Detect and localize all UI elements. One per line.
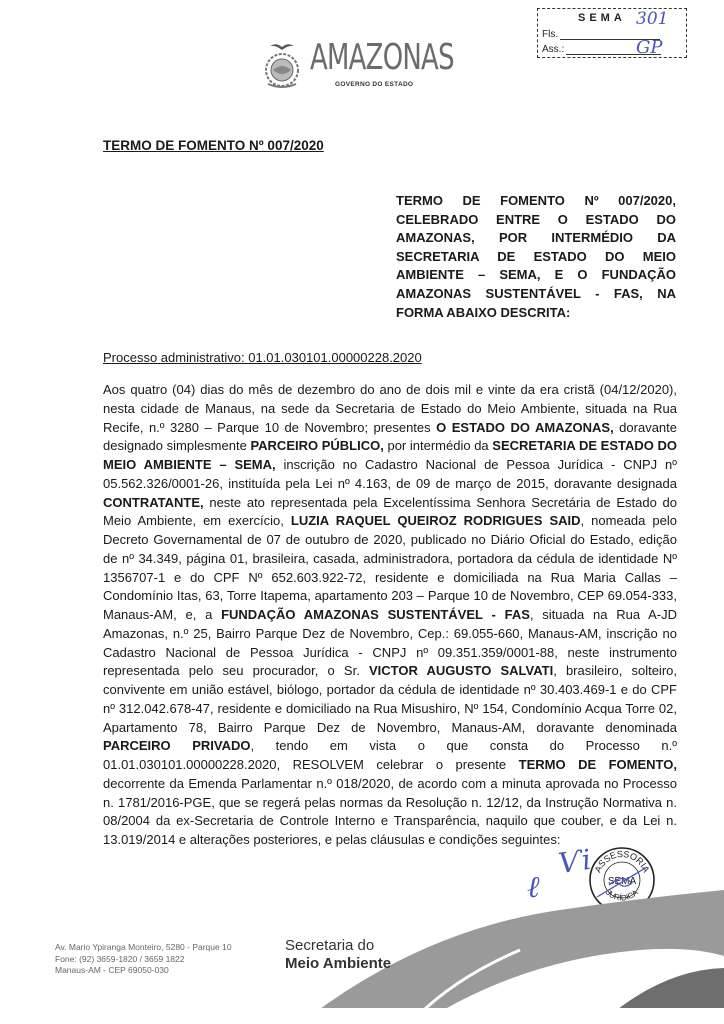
document-title: TERMO DE FOMENTO Nº 007/2020 <box>103 138 324 153</box>
footer-address: Av. Mario Ypiranga Monteiro, 5280 - Parq… <box>55 942 232 977</box>
body-bold-run: O ESTADO DO AMAZONAS, <box>436 420 614 435</box>
document-ementa: TERMO DE FOMENTO Nº 007/2020, CELEBRADO … <box>396 192 676 322</box>
footer-brand: Secretaria do Meio Ambiente <box>285 937 391 973</box>
body-bold-run: VICTOR AUGUSTO SALVATI <box>369 663 553 678</box>
footer-phone-line: Fone: (92) 3659-1820 / 3659 1822 <box>55 954 232 966</box>
footer-brand-line2: Meio Ambiente <box>285 955 391 973</box>
amazonas-logo: AMAZONAS GOVERNO DO ESTADO <box>262 34 442 94</box>
document-body: Aos quatro (04) dias do mês de dezembro … <box>103 381 677 850</box>
stamp-signature-label: Ass.: <box>542 44 564 55</box>
footer-address-line: Av. Mario Ypiranga Monteiro, 5280 - Parq… <box>55 942 232 954</box>
body-bold-run: TERMO DE FOMENTO, <box>519 757 677 772</box>
body-bold-run: CONTRATANTE, <box>103 495 204 510</box>
process-number: Processo administrativo: 01.01.030101.00… <box>103 350 422 365</box>
body-bold-run: PARCEIRO PRIVADO <box>103 738 251 753</box>
body-bold-run: FUNDAÇÃO AMAZONAS SUSTENTÁVEL - FAS <box>221 607 530 622</box>
footer-city-line: Manaus-AM - CEP 69050-030 <box>55 965 232 977</box>
body-bold-run: PARCEIRO PÚBLICO, <box>250 438 383 453</box>
body-text-run: decorrente da Emenda Parlamentar n.º 018… <box>103 776 677 847</box>
stamp-title: SEMA <box>578 12 626 24</box>
coat-of-arms-icon <box>262 40 302 90</box>
logo-subtitle: GOVERNO DO ESTADO <box>335 81 413 88</box>
footer-brand-line1: Secretaria do <box>285 937 391 955</box>
body-bold-run: LUZIA RAQUEL QUEIROZ RODRIGUES SAID <box>291 513 581 528</box>
body-text-run: , nomeada pelo Decreto Governamental de … <box>103 513 677 622</box>
stamp-folio-label: Fls. <box>542 29 558 40</box>
stamp-signature-initials: GP <box>636 37 663 58</box>
logo-title: AMAZONAS <box>310 40 454 76</box>
body-text-run: por intermédio da <box>384 438 492 453</box>
stamp-folio-number: 301 <box>636 9 668 29</box>
protocol-stamp: SEMA 301 Fls. Ass.: GP <box>537 8 687 58</box>
